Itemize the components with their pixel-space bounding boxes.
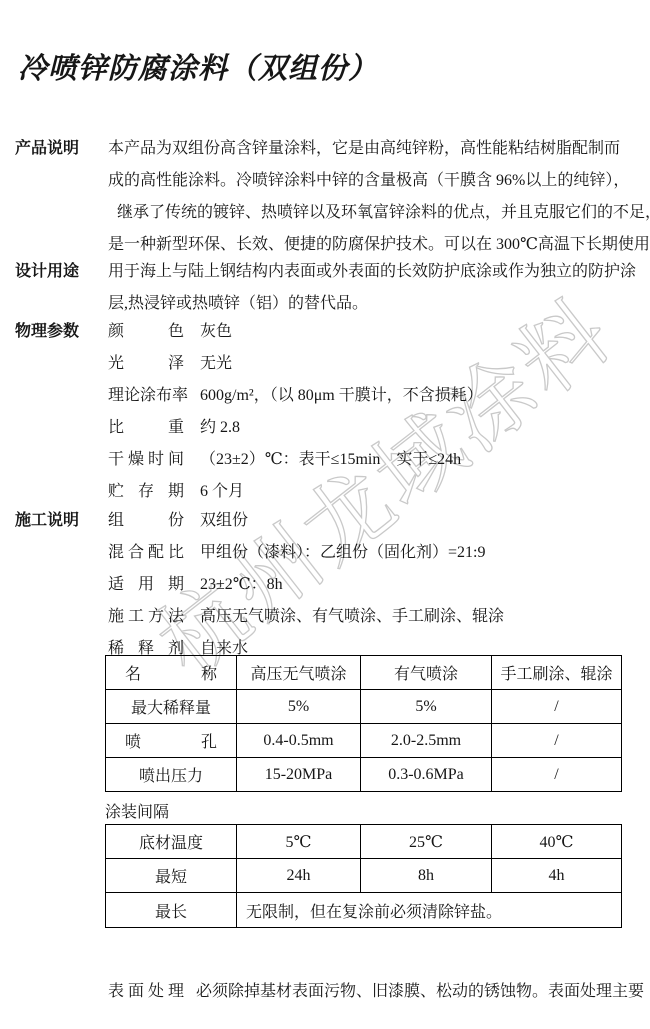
document-page: 杭州龙域涂料 冷喷锌防腐涂料（双组份） 产品说明 本产品为双组份高含锌量涂料，它… xyxy=(0,0,650,1029)
surface-treatment-text: 必须除掉基材表面污物、旧漆膜、松动的锈蚀物。表面处理主要 xyxy=(196,976,644,1008)
table-cell: 5% xyxy=(237,690,361,724)
table-cell: 0.3-0.6MPa xyxy=(361,758,492,792)
param-row: 混合配比 甲组份（漆料）：乙组份（固化剂）=21:9 xyxy=(108,537,645,569)
spray-params-table: 名称 高压无气喷涂 有气喷涂 手工刷涂、辊涂 最大稀释量 5% 5% / 喷孔 … xyxy=(105,655,622,792)
recoat-interval-table: 底材温度 5℃ 25℃ 40℃ 最短 24h 8h 4h 最长 无限制，但在复涂… xyxy=(105,824,622,928)
param-value: 约 2.8 xyxy=(200,412,240,444)
param-value: 灰色 xyxy=(200,316,232,348)
physical-params: 颜色 灰色 光泽 无光 理论涂布率 600g/m²，（以 80μm 干膜计，不含… xyxy=(108,316,645,508)
param-key: 比重 xyxy=(108,412,184,444)
param-row: 理论涂布率 600g/m²，（以 80μm 干膜计，不含损耗） xyxy=(108,380,645,412)
param-key: 光泽 xyxy=(108,348,184,380)
param-row: 比重 约 2.8 xyxy=(108,412,645,444)
product-line: 继承了传统的镀锌、热喷锌以及环氧富锌涂料的优点，并且克服它们的不足， xyxy=(108,197,645,229)
surface-treatment-label: 表面处理 xyxy=(108,976,184,1008)
product-line: 成的高性能涂料。冷喷锌涂料中锌的含量极高（干膜含 96%以上的纯锌）， xyxy=(108,165,645,197)
table-cell: 有气喷涂 xyxy=(361,656,492,690)
section-label-physical: 物理参数 xyxy=(15,316,79,348)
table-cell: 8h xyxy=(361,859,492,893)
param-row: 颜色 灰色 xyxy=(108,316,645,348)
table-cell: 0.4-0.5mm xyxy=(237,724,361,758)
param-value: （23±2）℃：表干≤15min 实干≤24h xyxy=(200,444,461,476)
table-cell: 名称 xyxy=(106,656,237,690)
table-cell: 5% xyxy=(361,690,492,724)
table-cell: / xyxy=(492,724,622,758)
table-cell: 最短 xyxy=(106,859,237,893)
table-cell: 喷孔 xyxy=(106,724,237,758)
row-name: 喷孔 xyxy=(125,729,217,752)
table-cell: 40℃ xyxy=(492,825,622,859)
table-row: 喷孔 0.4-0.5mm 2.0-2.5mm / xyxy=(106,724,622,758)
table-cell: 25℃ xyxy=(361,825,492,859)
section-label-design: 设计用途 xyxy=(15,256,79,288)
param-key: 贮存期 xyxy=(108,476,184,508)
table-cell: 2.0-2.5mm xyxy=(361,724,492,758)
param-value: 双组份 xyxy=(200,505,248,537)
table-cell: / xyxy=(492,758,622,792)
table-cell: 4h xyxy=(492,859,622,893)
param-key: 施工方法 xyxy=(108,601,184,633)
param-key: 干燥时间 xyxy=(108,444,184,476)
param-key: 颜色 xyxy=(108,316,184,348)
table-cell: 喷出压力 xyxy=(106,758,237,792)
param-row: 干燥时间 （23±2）℃：表干≤15min 实干≤24h xyxy=(108,444,645,476)
table-cell: 5℃ xyxy=(237,825,361,859)
table-cell: / xyxy=(492,690,622,724)
product-description: 本产品为双组份高含锌量涂料，它是由高纯锌粉，高性能粘结树脂配制而 成的高性能涂料… xyxy=(108,133,645,261)
section-label-construction: 施工说明 xyxy=(15,505,79,537)
table-row: 最短 24h 8h 4h xyxy=(106,859,622,893)
param-value: 23±2℃：8h xyxy=(200,569,283,601)
table-cell: 手工刷涂、辊涂 xyxy=(492,656,622,690)
surface-treatment-row: 表面处理 必须除掉基材表面污物、旧漆膜、松动的锈蚀物。表面处理主要 xyxy=(108,976,644,1008)
table-row: 最长 无限制，但在复涂前必须清除锌盐。 xyxy=(106,893,622,928)
page-title: 冷喷锌防腐涂料（双组份） xyxy=(18,46,378,87)
table-row: 最大稀释量 5% 5% / xyxy=(106,690,622,724)
param-key: 理论涂布率 xyxy=(108,380,184,412)
table-cell: 高压无气喷涂 xyxy=(237,656,361,690)
table-cell: 底材温度 xyxy=(106,825,237,859)
header-name: 名称 xyxy=(125,661,217,684)
product-line: 本产品为双组份高含锌量涂料，它是由高纯锌粉，高性能粘结树脂配制而 xyxy=(108,133,645,165)
table-cell: 24h xyxy=(237,859,361,893)
param-value: 甲组份（漆料）：乙组份（固化剂）=21:9 xyxy=(200,537,485,569)
section-label-product: 产品说明 xyxy=(15,133,79,165)
table-cell: 最长 xyxy=(106,893,237,928)
table-header-row: 名称 高压无气喷涂 有气喷涂 手工刷涂、辊涂 xyxy=(106,656,622,690)
param-value: 600g/m²，（以 80μm 干膜计，不含损耗） xyxy=(200,380,483,412)
param-row: 组份 双组份 xyxy=(108,505,645,537)
param-value: 无光 xyxy=(200,348,232,380)
param-value: 6 个月 xyxy=(200,476,244,508)
param-value: 高压无气喷涂、有气喷涂、手工刷涂、辊涂 xyxy=(200,601,504,633)
construction-params: 组份 双组份 混合配比 甲组份（漆料）：乙组份（固化剂）=21:9 适用期 23… xyxy=(108,505,645,665)
design-usage: 用于海上与陆上钢结构内表面或外表面的长效防护底涂或作为独立的防护涂 层,热浸锌或… xyxy=(108,256,645,320)
design-line: 用于海上与陆上钢结构内表面或外表面的长效防护底涂或作为独立的防护涂 xyxy=(108,256,645,288)
param-row: 施工方法 高压无气喷涂、有气喷涂、手工刷涂、辊涂 xyxy=(108,601,645,633)
param-key: 混合配比 xyxy=(108,537,184,569)
param-key: 组份 xyxy=(108,505,184,537)
param-row: 适用期 23±2℃：8h xyxy=(108,569,645,601)
table-cell: 最大稀释量 xyxy=(106,690,237,724)
table-row: 喷出压力 15-20MPa 0.3-0.6MPa / xyxy=(106,758,622,792)
table-row: 底材温度 5℃ 25℃ 40℃ xyxy=(106,825,622,859)
param-row: 贮存期 6 个月 xyxy=(108,476,645,508)
table-cell: 无限制，但在复涂前必须清除锌盐。 xyxy=(237,893,622,928)
param-row: 光泽 无光 xyxy=(108,348,645,380)
table-cell: 15-20MPa xyxy=(237,758,361,792)
param-key: 适用期 xyxy=(108,569,184,601)
